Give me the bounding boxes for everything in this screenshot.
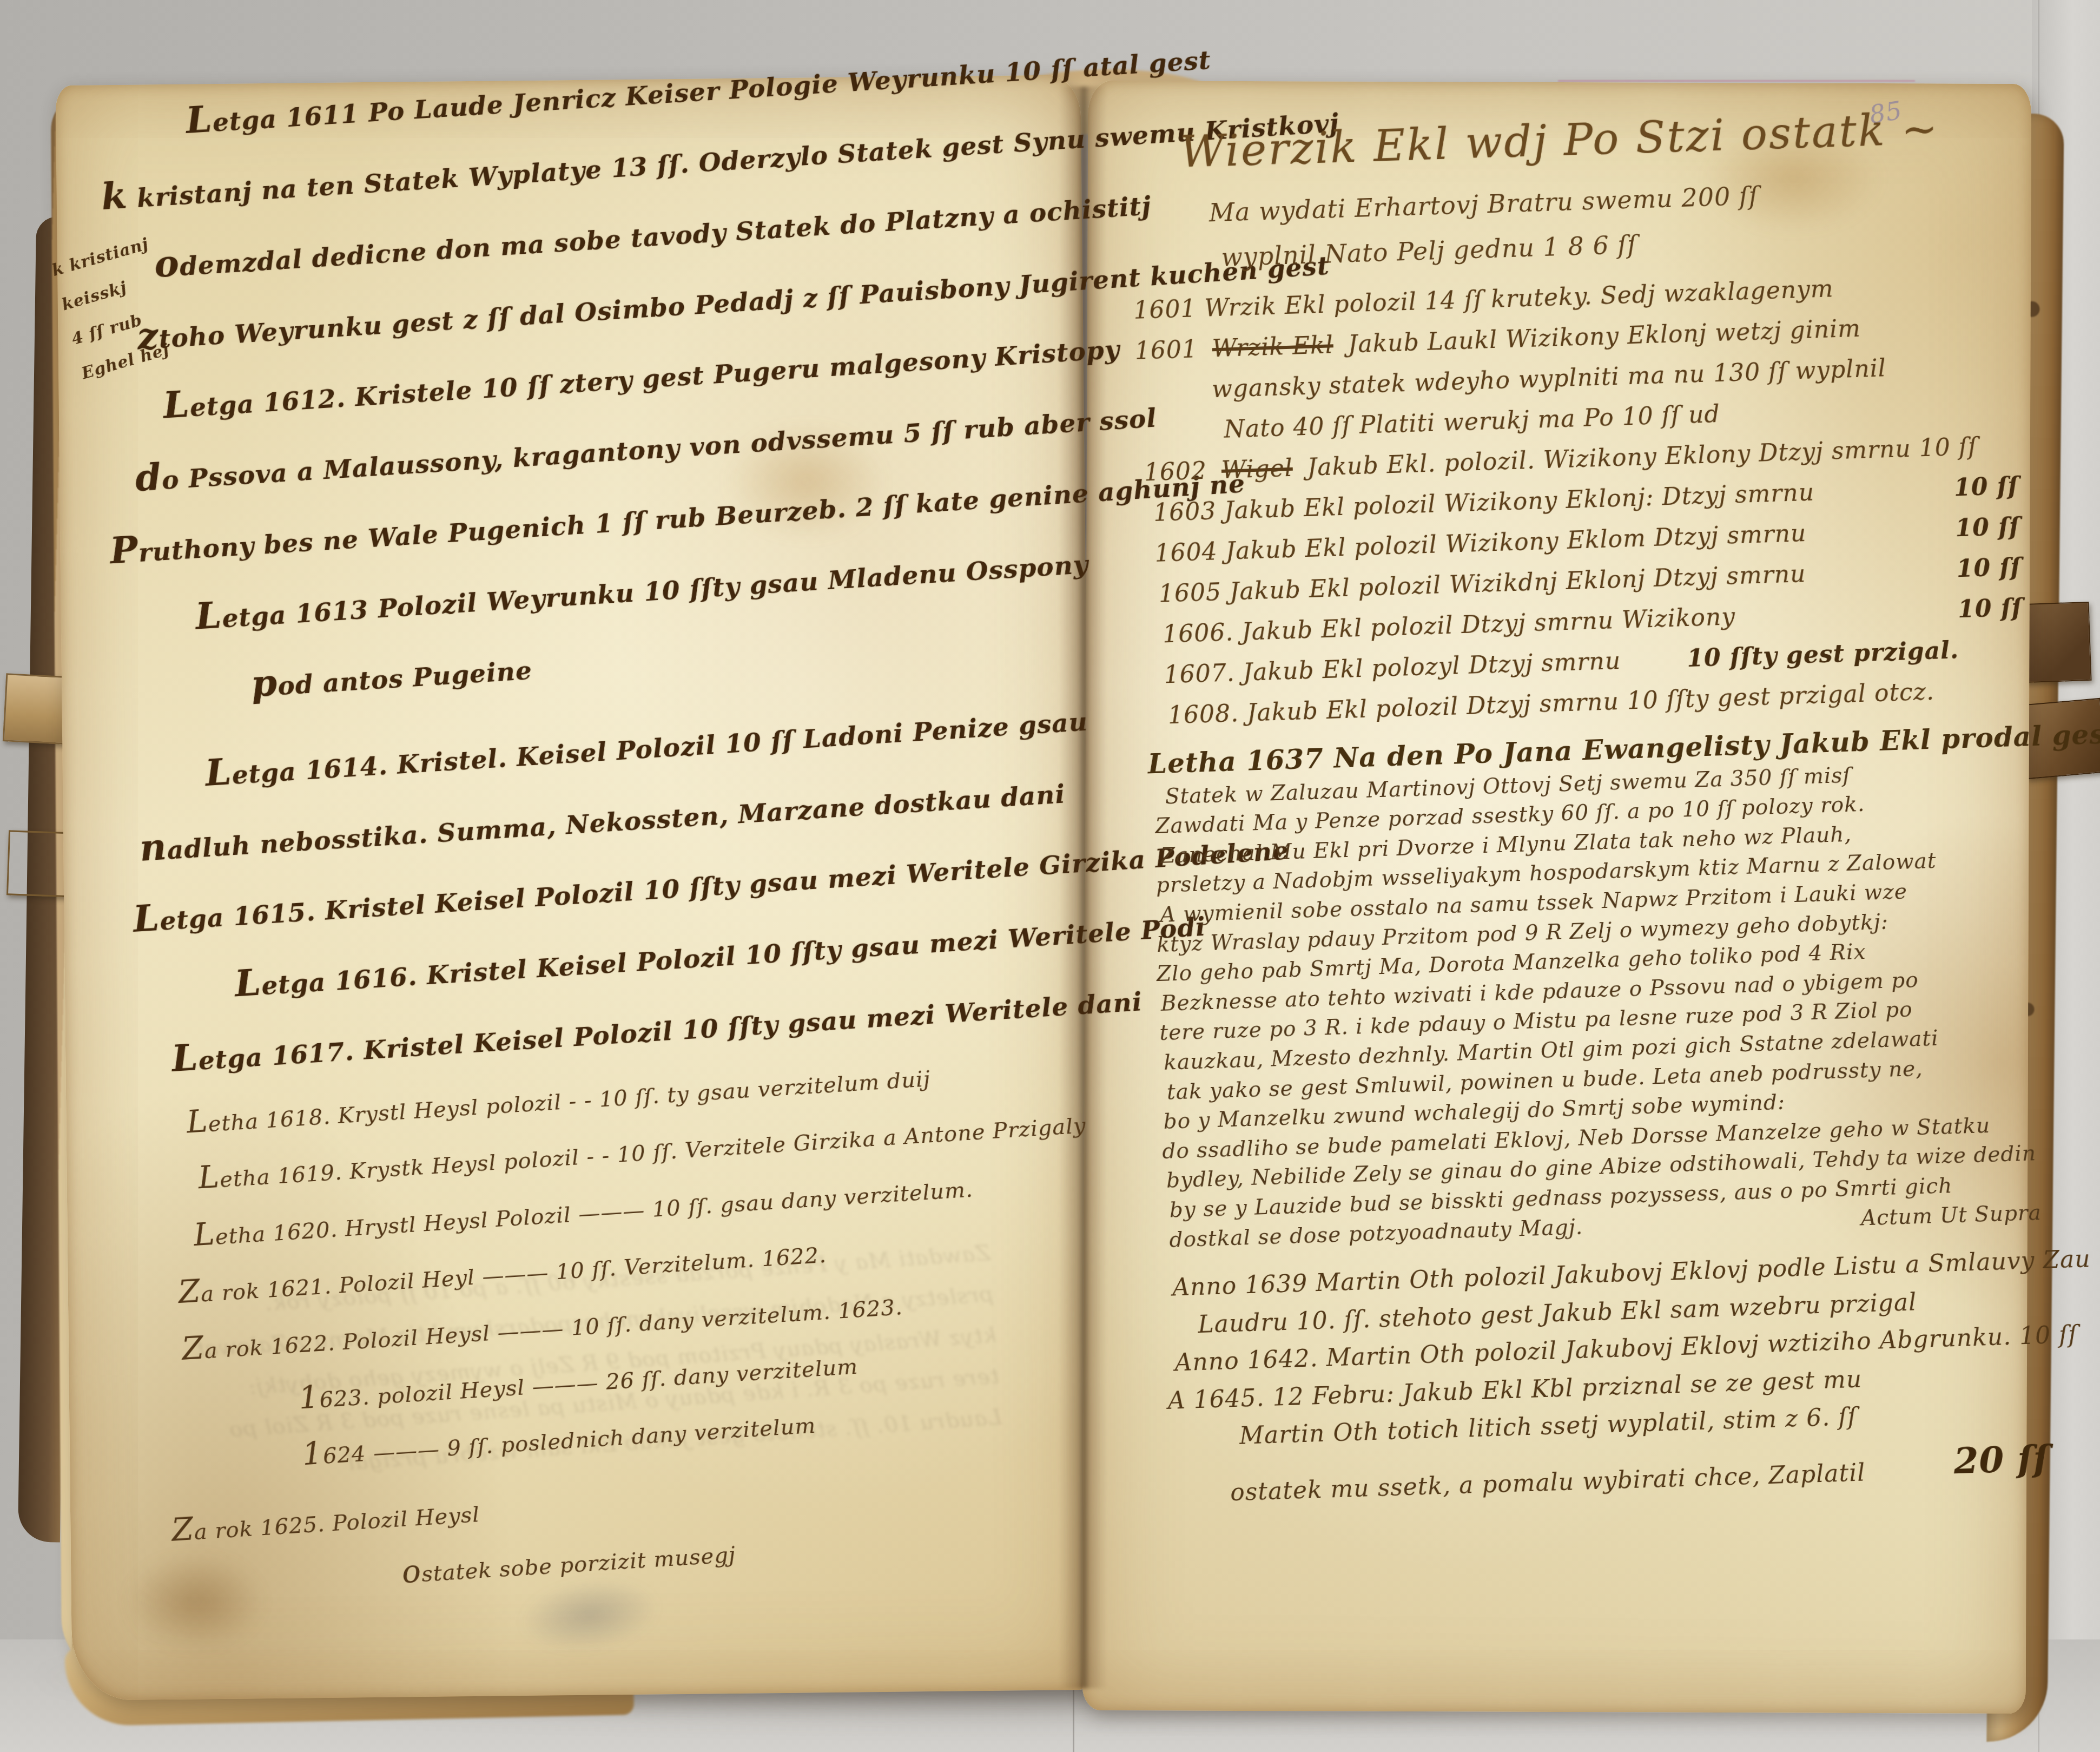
row-pre: 1601 xyxy=(1134,335,1198,365)
actum-note: Actum Ut Supra xyxy=(1860,1198,2042,1233)
row-text: 1606. Jakub Ekl polozil Dtzyj smrnu Wizi… xyxy=(1163,603,1736,648)
leather-tab-right-upper xyxy=(2022,602,2091,683)
row-rest: Jakub Laukl Wizikony Eklonj wetzj ginim xyxy=(1348,314,1861,358)
photo-artifact-line xyxy=(1558,80,1915,82)
row-amount: 10 ſſ xyxy=(1957,594,2023,623)
struck-text: Wrzik Ekl xyxy=(1212,331,1334,363)
struck-text: Wigel xyxy=(1221,454,1293,484)
left-page-text: Letga 1611 Po Laude Jenricz Keiser Polog… xyxy=(81,34,1095,1615)
row-rest: Jakub Ekl. polozil. Wizikony Eklony Dtzy… xyxy=(1307,433,1978,482)
final-amount: 20 ſſ xyxy=(1953,1430,2050,1489)
row-pre: 1602 xyxy=(1144,457,1207,486)
row-amount: 10 ſſ xyxy=(1953,472,2019,502)
row-text: 1603 Jakub Ekl polozil Wizikony Eklonj: … xyxy=(1153,478,1815,526)
row-amount: 10 ſſty gest przigal. xyxy=(1687,636,1959,673)
row-text: 1604 Jakub Ekl polozil Wizikony Eklom Dt… xyxy=(1154,519,1807,568)
row-text: 1607. Jakub Ekl polozyl Dtzyj smrnu xyxy=(1164,647,1621,689)
right-page-text: Wierzik Ekl wdj Po Stzi ostatk ~ Ma wyda… xyxy=(1128,101,2050,1514)
row-amount: 10 ſſ xyxy=(1956,553,2022,583)
row-text: 1605 Jakub Ekl polozil Wizikdnj Eklonj D… xyxy=(1158,560,1806,608)
row-amount: 10 ſſ xyxy=(1955,512,2020,542)
